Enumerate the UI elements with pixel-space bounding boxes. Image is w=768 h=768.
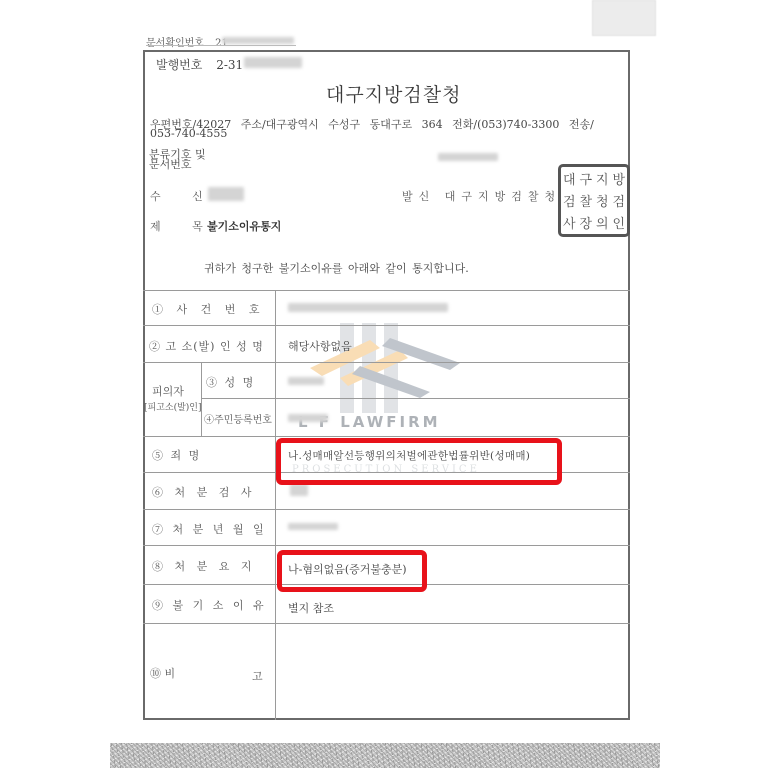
label-case-number: ① 사 건 번 호 bbox=[152, 301, 265, 317]
seal-glyph: 지 bbox=[596, 169, 609, 188]
redacted-suspect-name bbox=[288, 377, 324, 385]
issue-number-value: 2-31 bbox=[216, 58, 243, 72]
label-non-indictment-reason: ⑨ 불 기 소 이 유 bbox=[152, 597, 267, 613]
highlight-disposition-summary bbox=[277, 550, 427, 592]
agency-title: 대구지방검찰청 bbox=[326, 80, 461, 107]
label-disposition-summary: ⑧ 처 분 요 지 bbox=[152, 558, 256, 574]
redacted-document-number bbox=[438, 153, 498, 161]
redacted-case-number bbox=[288, 303, 448, 312]
issue-number: 발행번호 2-31 bbox=[156, 56, 243, 73]
notice-sentence: 귀하가 청구한 불기소이유를 아래와 같이 통지합니다. bbox=[204, 260, 469, 276]
redacted-recipient bbox=[208, 187, 244, 201]
redacted-resident-number bbox=[288, 414, 328, 422]
lawfirm-logo-watermark bbox=[300, 318, 490, 418]
label-disposition-date: ⑦ 처 분 년 월 일 bbox=[152, 521, 267, 537]
seal-glyph: 사 bbox=[563, 213, 576, 232]
address-line-2: 053-740-4555 bbox=[150, 127, 227, 140]
row-divider bbox=[143, 623, 630, 624]
seal-glyph: 검 bbox=[563, 191, 576, 210]
label-suspect-group-sub: [피고소(발)인] bbox=[144, 400, 202, 413]
row-divider bbox=[201, 398, 630, 399]
redacted-confirm-number bbox=[222, 37, 294, 44]
seal-glyph: 장 bbox=[579, 213, 592, 232]
issue-number-label: 발행번호 bbox=[156, 58, 202, 72]
row-divider bbox=[143, 436, 630, 437]
seal-glyph: 검 bbox=[612, 191, 625, 210]
classification-label: 분류기호 및 문서번호 bbox=[149, 150, 217, 170]
label-suspect-name: ③ 성 명 bbox=[206, 374, 255, 390]
label-prosecutor: ⑥ 처 분 검 사 bbox=[152, 484, 256, 500]
sender-label: 발신 대구지방검찰청 bbox=[402, 188, 561, 204]
value-non-indictment-reason: 별지 참조 bbox=[288, 600, 334, 616]
seal-glyph: 청 bbox=[596, 191, 609, 210]
redacted-prosecutor bbox=[290, 484, 308, 496]
label-resident-number: ④주민등록번호 bbox=[204, 411, 272, 426]
official-seal: 대구지방검찰청검사장의인 bbox=[558, 164, 630, 237]
label-suspect-group: 피의자 bbox=[152, 383, 184, 399]
row-divider bbox=[143, 545, 630, 546]
suspect-group-divider bbox=[201, 362, 202, 436]
seal-glyph: 대 bbox=[563, 169, 576, 188]
seal-glyph: 의 bbox=[596, 213, 609, 232]
label-remarks: ⑩ 비 bbox=[150, 665, 175, 681]
seal-glyph: 구 bbox=[579, 169, 592, 188]
scan-noise-strip bbox=[110, 743, 660, 768]
label-complainant: ② 고 소(발) 인 성 명 bbox=[149, 338, 264, 354]
redacted-disposition-date bbox=[288, 523, 338, 530]
row-divider bbox=[143, 325, 630, 326]
seal-glyph: 찰 bbox=[579, 191, 592, 210]
highlight-charge bbox=[276, 438, 562, 485]
value-complainant: 해당사항없음 bbox=[288, 338, 352, 354]
label-charge: ⑤ 죄 명 bbox=[152, 447, 201, 463]
row-divider bbox=[143, 509, 630, 510]
label-remarks-right: 고 bbox=[252, 668, 263, 684]
table-top-line bbox=[143, 290, 630, 291]
row-divider bbox=[143, 362, 630, 363]
column-divider bbox=[275, 290, 276, 720]
redacted-corner-block bbox=[592, 0, 656, 36]
seal-glyph: 인 bbox=[612, 213, 625, 232]
confirm-underline bbox=[146, 45, 296, 46]
redacted-issue-number bbox=[244, 57, 302, 68]
seal-glyph: 방 bbox=[612, 169, 625, 188]
confirm-number: 문서확인번호 21 bbox=[146, 34, 228, 49]
recipient-label: 수 신 bbox=[150, 188, 217, 204]
confirm-number-label: 문서확인번호 bbox=[146, 38, 204, 49]
subject-value: 불기소이유통지 bbox=[207, 218, 281, 234]
